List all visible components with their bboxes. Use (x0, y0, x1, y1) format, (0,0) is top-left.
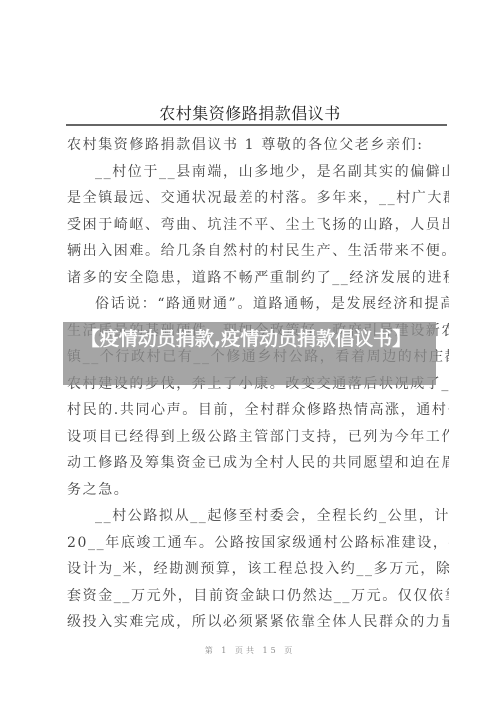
body-line: 受困于崎岖、弯曲、坑洼不平、尘土飞扬的山路，人员出行、车 (67, 212, 449, 239)
body-line: 是全镇最远、交通状况最差的村落。多年来，__村广大群众一直 (67, 185, 449, 212)
body-line: __村位于__县南端，山多地少，是名副其实的偏僻山村，也 (67, 159, 449, 186)
body-line: 设计为_米，经勘测预算，该工程总投入约__多万元，除国家配 (67, 556, 449, 583)
body-line: 动工修路及筹集资金已成为全村人民的共同愿望和迫在眉睫的当 (67, 450, 449, 477)
caption-overlay-text: 【疫情动员捐款,疫情动员捐款倡议书】 (26, 327, 466, 351)
body-line: 级投入实难完成，所以必须紧紧依靠全体人民群众的力量，凝聚 (67, 609, 449, 636)
body-line: 套资金__万元外，目前资金缺口仍然达__万元。仅仅依靠我村村 (67, 583, 449, 610)
body-line: __村公路拟从__起修至村委会，全程长约_公里，计划于 (67, 503, 449, 530)
title-divider (66, 124, 447, 126)
page-footer: 第 1 页共 15 页 (0, 645, 500, 656)
body-line: 设项目已经得到上级公路主管部门支持，已列为今年工作的重点， (67, 424, 449, 451)
body-line: 农村集资修路捐款倡议书 1 尊敬的各位父老乡亲们: (67, 132, 449, 159)
body-line: 村民的.共同心声。目前，全村群众修路热情高涨，通村公路建 (67, 397, 449, 424)
body-line: 辆出入困难。给几条自然村的村民生产、生活带来不便。且存在 (67, 238, 449, 265)
body-line: 20__年底竣工通车。公路按国家级通村公路标准建设，硬化路面 (67, 530, 449, 557)
body-line: 诸多的安全隐患，道路不畅严重制约了__经济发展的进程。 (67, 265, 449, 292)
body-line: 俗话说：“路通财通”。道路通畅，是发展经济和提高人民 (67, 291, 449, 318)
body-line: 务之急。 (67, 477, 449, 504)
document-title: 农村集资修路捐款倡议书 (0, 101, 500, 124)
document-page: 农村集资修路捐款倡议书 农村集资修路捐款倡议书 1 尊敬的各位父老乡亲们: __… (0, 0, 500, 706)
